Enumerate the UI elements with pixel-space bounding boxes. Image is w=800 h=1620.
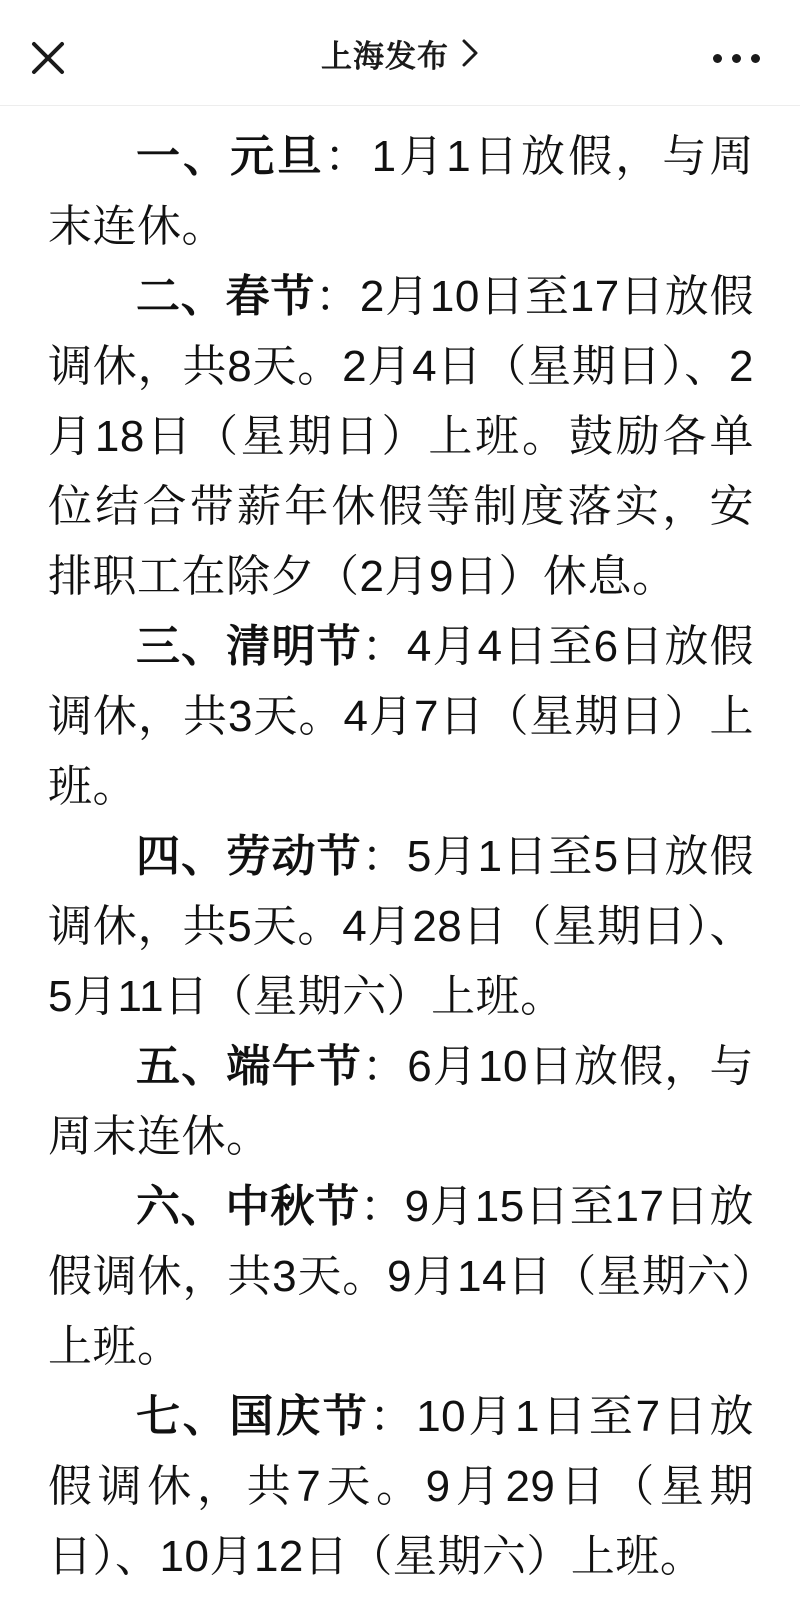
holiday-paragraph: 三、清明节：4月4日至6日放假调休，共3天。4月7日（星期日）上班。 bbox=[48, 612, 754, 822]
holiday-paragraph: 六、中秋节：9月15日至17日放假调休，共3天。9月14日（星期六）上班。 bbox=[48, 1172, 754, 1382]
more-menu-button[interactable] bbox=[704, 28, 768, 88]
holiday-heading: 二、春节 bbox=[136, 272, 315, 321]
holiday-heading: 一、元旦 bbox=[136, 132, 324, 181]
holiday-paragraph: 二、春节：2月10日至17日放假调休，共8天。2月4日（星期日）、2月18日（星… bbox=[48, 262, 754, 612]
holiday-heading: 四、劳动节 bbox=[136, 832, 362, 881]
wechat-article-screen: 上海发布 一、元旦：1月1日放假，与周末连休。二、春节：2月10日至17日放假调… bbox=[0, 0, 800, 1620]
header-title-area: 上海发布 bbox=[0, 0, 800, 106]
holiday-paragraph: 五、端午节：6月10日放假，与周末连休。 bbox=[48, 1032, 754, 1172]
article-content: 一、元旦：1月1日放假，与周末连休。二、春节：2月10日至17日放假调休，共8天… bbox=[0, 106, 800, 1620]
close-button[interactable] bbox=[18, 28, 78, 88]
article-header: 上海发布 bbox=[0, 0, 800, 106]
close-icon bbox=[30, 40, 66, 76]
holiday-paragraph-list: 一、元旦：1月1日放假，与周末连休。二、春节：2月10日至17日放假调休，共8天… bbox=[48, 122, 754, 1592]
holiday-heading: 七、国庆节 bbox=[136, 1392, 370, 1441]
chevron-right-icon bbox=[461, 38, 479, 68]
holiday-paragraph: 七、国庆节：10月1日至7日放假调休，共7天。9月29日（星期日）、10月12日… bbox=[48, 1382, 754, 1592]
holiday-heading: 五、端午节 bbox=[136, 1042, 362, 1091]
holiday-heading: 三、清明节 bbox=[136, 622, 362, 671]
official-account-link[interactable]: 上海发布 bbox=[321, 31, 479, 76]
holiday-paragraph: 一、元旦：1月1日放假，与周末连休。 bbox=[48, 122, 754, 262]
page-title: 上海发布 bbox=[321, 31, 449, 76]
holiday-paragraph: 四、劳动节：5月1日至5日放假调休，共5天。4月28日（星期日）、5月11日（星… bbox=[48, 822, 754, 1032]
holiday-heading: 六、中秋节 bbox=[136, 1182, 360, 1231]
holiday-body-text: ：2月10日至17日放假调休，共8天。2月4日（星期日）、2月18日（星期日）上… bbox=[48, 272, 754, 601]
more-icon bbox=[713, 54, 760, 63]
